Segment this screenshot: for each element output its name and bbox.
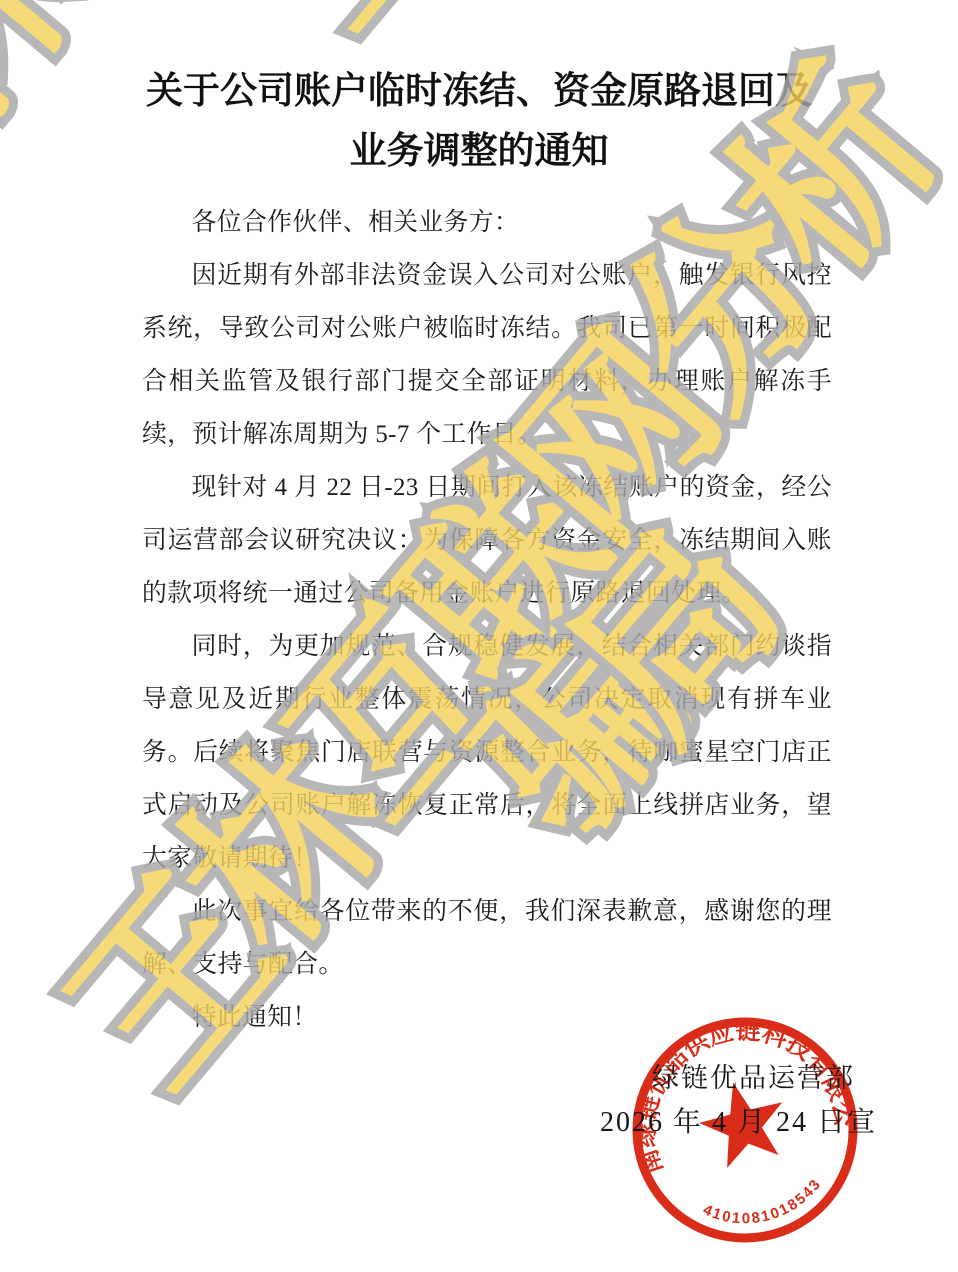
notice-paragraph: 同时，为更加规范、合规稳健发展，结合相关部门约谈指导意见及近期行业整体震荡情况，… bbox=[142, 620, 832, 885]
notice-text-block: 各位合作伙伴、相关业务方： 因近期有外部非法资金误入公司对公账户，触发银行风控系… bbox=[142, 196, 832, 1044]
notice-paragraph: 此次事宜给各位带来的不便，我们深表歉意，感谢您的理解、支持与配合。 bbox=[142, 885, 832, 991]
notice-title: 关于公司账户临时冻结、资金原路退回及 业务调整的通知 bbox=[0, 0, 958, 182]
notice-title-line1: 关于公司账户临时冻结、资金原路退回及 bbox=[0, 62, 958, 122]
signature-department: 绿链优品运营部 bbox=[652, 1056, 855, 1095]
signature-date: 2026 年 4 月 24 日宣 bbox=[600, 1100, 877, 1140]
notice-title-line2: 业务调整的通知 bbox=[0, 122, 958, 182]
notice-paragraph: 现针对 4 月 22 日-23 日期间打入该冻结账户的资金，经公司运营部会议研究… bbox=[142, 461, 832, 620]
notice-document-page: 关于公司账户临时冻结、资金原路退回及 业务调整的通知 各位合作伙伴、相关业务方：… bbox=[0, 0, 958, 1272]
salutation: 各位合作伙伴、相关业务方： bbox=[142, 196, 832, 249]
notice-paragraph: 因近期有外部非法资金误入公司对公账户，触发银行风控系统，导致公司对公账户被临时冻… bbox=[142, 249, 832, 461]
